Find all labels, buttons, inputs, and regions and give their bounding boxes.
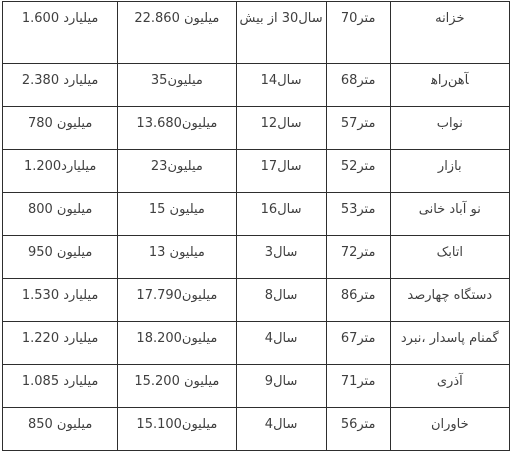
cell-neighborhood: نواب bbox=[390, 107, 509, 150]
cell-building-age: 9سال bbox=[236, 365, 326, 408]
table-row: 850 میلیون 15.100میلیون 4سال 56متر خاورا… bbox=[3, 408, 510, 451]
table-row: 800 میلیون 15 میلیون 16سال 53متر خانی‎ آ… bbox=[3, 193, 510, 236]
cell-area: 86متر bbox=[326, 279, 390, 322]
cell-price-per-meter: 15 میلیون bbox=[118, 193, 236, 236]
cell-area: 71متر bbox=[326, 365, 390, 408]
cell-price-per-meter: 35میلیون bbox=[118, 64, 236, 107]
cell-building-age: 17سال bbox=[236, 150, 326, 193]
page-canvas: 1.600 میلیارد 22.860 میلیون بیش‎ از‎ 30س… bbox=[0, 0, 510, 459]
cell-area: 56متر bbox=[326, 408, 390, 451]
table-row: 1.200میلیارد 23میلیون 17سال 52متر بازار bbox=[3, 150, 510, 193]
cell-area: 53متر bbox=[326, 193, 390, 236]
cell-price-per-meter: 23میلیون bbox=[118, 150, 236, 193]
cell-building-age: 12سال bbox=[236, 107, 326, 150]
cell-price-per-meter: 22.860 میلیون bbox=[118, 2, 236, 64]
table-row: 950 میلیون 13 میلیون 3سال 72متر اتابک bbox=[3, 236, 510, 279]
table-row: 1.600 میلیارد 22.860 میلیون بیش‎ از‎ 30س… bbox=[3, 2, 510, 64]
cell-neighborhood: خزانه bbox=[390, 2, 509, 64]
cell-price-per-meter: 15.100میلیون bbox=[118, 408, 236, 451]
cell-total-price: 1.530 میلیارد bbox=[3, 279, 118, 322]
cell-area: 72متر bbox=[326, 236, 390, 279]
cell-neighborhood: خاوران bbox=[390, 408, 509, 451]
table-row: 1.085 میلیارد 15.200 میلیون 9سال 71متر آ… bbox=[3, 365, 510, 408]
cell-total-price: 950 میلیون bbox=[3, 236, 118, 279]
cell-total-price: 1.600 میلیارد bbox=[3, 2, 118, 64]
cell-total-price: 1.200میلیارد bbox=[3, 150, 118, 193]
cell-building-age: 4سال bbox=[236, 408, 326, 451]
cell-neighborhood: بازار bbox=[390, 150, 509, 193]
cell-total-price: 1.085 میلیارد bbox=[3, 365, 118, 408]
cell-total-price: 780 میلیون bbox=[3, 107, 118, 150]
table-row: 1.220 میلیارد 18.200میلیون 4سال 67متر نب… bbox=[3, 322, 510, 365]
cell-price-per-meter: 17.790میلیون bbox=[118, 279, 236, 322]
apartment-price-table: 1.600 میلیارد 22.860 میلیون بیش‎ از‎ 30س… bbox=[2, 1, 510, 451]
cell-neighborhood: خانی‎ آباد‎ نو bbox=[390, 193, 509, 236]
cell-neighborhood: راه‎آهن bbox=[390, 64, 509, 107]
cell-total-price: 2.380 میلیارد bbox=[3, 64, 118, 107]
cell-area: 70متر bbox=[326, 2, 390, 64]
cell-neighborhood: چهارصد‎ دستگاه bbox=[390, 279, 509, 322]
table-row: 1.530 میلیارد 17.790میلیون 8سال 86متر چه… bbox=[3, 279, 510, 322]
cell-area: 68متر bbox=[326, 64, 390, 107]
table-row: 2.380 میلیارد 35میلیون 14سال 68متر راه‎آ… bbox=[3, 64, 510, 107]
cell-area: 52متر bbox=[326, 150, 390, 193]
cell-building-age: 8سال bbox=[236, 279, 326, 322]
cell-area: 57متر bbox=[326, 107, 390, 150]
cell-price-per-meter: 15.200 میلیون bbox=[118, 365, 236, 408]
cell-building-age: 14سال bbox=[236, 64, 326, 107]
cell-total-price: 800 میلیون bbox=[3, 193, 118, 236]
cell-building-age: بیش‎ از‎ 30سال bbox=[236, 2, 326, 64]
cell-price-per-meter: 18.200میلیون bbox=[118, 322, 236, 365]
cell-building-age: 3سال bbox=[236, 236, 326, 279]
cell-price-per-meter: 13 میلیون bbox=[118, 236, 236, 279]
cell-price-per-meter: 13.680میلیون bbox=[118, 107, 236, 150]
cell-neighborhood: اتابک bbox=[390, 236, 509, 279]
cell-area: 67متر bbox=[326, 322, 390, 365]
cell-neighborhood: نبرد،‎ پاسدار‎ گمنام bbox=[390, 322, 509, 365]
cell-neighborhood: آذری bbox=[390, 365, 509, 408]
cell-building-age: 4سال bbox=[236, 322, 326, 365]
cell-total-price: 1.220 میلیارد bbox=[3, 322, 118, 365]
cell-total-price: 850 میلیون bbox=[3, 408, 118, 451]
table-row: 780 میلیون 13.680میلیون 12سال 57متر نواب bbox=[3, 107, 510, 150]
cell-building-age: 16سال bbox=[236, 193, 326, 236]
